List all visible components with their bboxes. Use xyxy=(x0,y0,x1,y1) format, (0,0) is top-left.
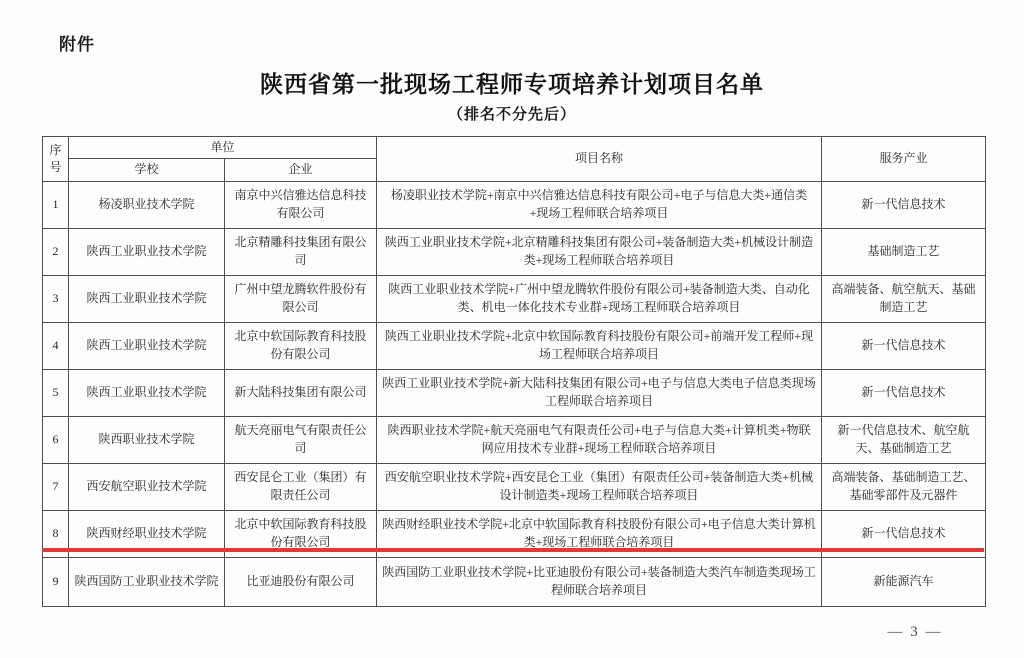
row-school: 陕西国防工业职业技术学院 xyxy=(69,557,225,606)
row-industry: 高端装备、基础制造工艺、基础零部件及元器件 xyxy=(822,463,986,510)
header-project: 项目名称 xyxy=(377,137,822,182)
project-table: 序号 单位 项目名称 服务产业 学校 企业 1 杨凌职业技术学院 南京中兴信雅达… xyxy=(42,136,986,607)
header-school: 学校 xyxy=(69,159,225,181)
header-unit: 单位 xyxy=(69,137,377,159)
page-subtitle: （排名不分先后） xyxy=(0,103,1024,124)
row-enterprise: 西安昆仑工业（集团）有限责任公司 xyxy=(225,463,377,510)
table-row: 2 陕西工业职业技术学院 北京精雕科技集团有限公司 陕西工业职业技术学院+北京精… xyxy=(43,228,986,275)
row-industry: 基础制造工艺 xyxy=(822,228,986,275)
page-number: — 3 — xyxy=(855,624,975,641)
table-row: 9 陕西国防工业职业技术学院 比亚迪股份有限公司 陕西国防工业职业技术学院+比亚… xyxy=(43,557,986,606)
row-industry: 新一代信息技术 xyxy=(822,322,986,369)
row-project: 杨凌职业技术学院+南京中兴信雅达信息科技有限公司+电子与信息大类+通信类+现场工… xyxy=(377,181,822,228)
row-industry: 高端装备、航空航天、基础制造工艺 xyxy=(822,275,986,322)
row-enterprise: 广州中望龙腾软件股份有限公司 xyxy=(225,275,377,322)
row-index: 1 xyxy=(43,181,69,228)
row-enterprise: 南京中兴信雅达信息科技有限公司 xyxy=(225,181,377,228)
table-row: 5 陕西工业职业技术学院 新大陆科技集团有限公司 陕西工业职业技术学院+新大陆科… xyxy=(43,369,986,416)
row-project: 陕西工业职业技术学院+新大陆科技集团有限公司+电子与信息大类电子信息类现场工程师… xyxy=(377,369,822,416)
row-industry: 新一代信息技术、航空航天、基础制造工艺 xyxy=(822,416,986,463)
row-project: 陕西工业职业技术学院+北京精雕科技集团有限公司+装备制造大类+机械设计制造类+现… xyxy=(377,228,822,275)
header-index: 序号 xyxy=(43,137,69,182)
row-school: 陕西工业职业技术学院 xyxy=(69,369,225,416)
row-index: 2 xyxy=(43,228,69,275)
row-index: 5 xyxy=(43,369,69,416)
header-industry: 服务产业 xyxy=(822,137,986,182)
row-index: 9 xyxy=(43,557,69,606)
row-school: 杨凌职业技术学院 xyxy=(69,181,225,228)
header-enterprise: 企业 xyxy=(225,159,377,181)
row-enterprise: 航天亮丽电气有限责任公司 xyxy=(225,416,377,463)
row-enterprise: 北京精雕科技集团有限公司 xyxy=(225,228,377,275)
row-project: 西安航空职业技术学院+西安昆仑工业（集团）有限责任公司+装备制造大类+机械设计制… xyxy=(377,463,822,510)
page-title: 陕西省第一批现场工程师专项培养计划项目名单 xyxy=(0,66,1024,99)
row-industry: 新一代信息技术 xyxy=(822,369,986,416)
row-index: 4 xyxy=(43,322,69,369)
row-school: 陕西职业技术学院 xyxy=(69,416,225,463)
row-enterprise: 新大陆科技集团有限公司 xyxy=(225,369,377,416)
row-enterprise: 北京中软国际教育科技股份有限公司 xyxy=(225,322,377,369)
table-header: 序号 单位 项目名称 服务产业 学校 企业 xyxy=(43,137,986,182)
table-row: 7 西安航空职业技术学院 西安昆仑工业（集团）有限责任公司 西安航空职业技术学院… xyxy=(43,463,986,510)
row-index: 7 xyxy=(43,463,69,510)
attachment-label: 附件 xyxy=(59,30,95,55)
row-project: 陕西工业职业技术学院+广州中望龙腾软件股份有限公司+装备制造大类、自动化类、机电… xyxy=(377,275,822,322)
document-page: 附件 陕西省第一批现场工程师专项培养计划项目名单 （排名不分先后） 序号 单位 … xyxy=(0,0,1024,658)
row-project: 陕西工业职业技术学院+北京中软国际教育科技股份有限公司+前端开发工程师+现场工程… xyxy=(377,322,822,369)
row-project: 陕西国防工业职业技术学院+比亚迪股份有限公司+装备制造大类汽车制造类现场工程师联… xyxy=(377,557,822,606)
row-project: 陕西职业技术学院+航天亮丽电气有限责任公司+电子与信息大类+计算机类+物联网应用… xyxy=(377,416,822,463)
table-row: 6 陕西职业技术学院 航天亮丽电气有限责任公司 陕西职业技术学院+航天亮丽电气有… xyxy=(43,416,986,463)
highlight-underline xyxy=(42,548,984,552)
table-row: 1 杨凌职业技术学院 南京中兴信雅达信息科技有限公司 杨凌职业技术学院+南京中兴… xyxy=(43,181,986,228)
row-industry: 新一代信息技术 xyxy=(822,181,986,228)
row-industry: 新能源汽车 xyxy=(822,557,986,606)
row-school: 陕西工业职业技术学院 xyxy=(69,322,225,369)
row-school: 陕西工业职业技术学院 xyxy=(69,275,225,322)
table-row: 3 陕西工业职业技术学院 广州中望龙腾软件股份有限公司 陕西工业职业技术学院+广… xyxy=(43,275,986,322)
row-enterprise: 比亚迪股份有限公司 xyxy=(225,557,377,606)
row-index: 6 xyxy=(43,416,69,463)
row-school: 西安航空职业技术学院 xyxy=(69,463,225,510)
row-index: 3 xyxy=(43,275,69,322)
row-school: 陕西工业职业技术学院 xyxy=(69,228,225,275)
table-row: 4 陕西工业职业技术学院 北京中软国际教育科技股份有限公司 陕西工业职业技术学院… xyxy=(43,322,986,369)
